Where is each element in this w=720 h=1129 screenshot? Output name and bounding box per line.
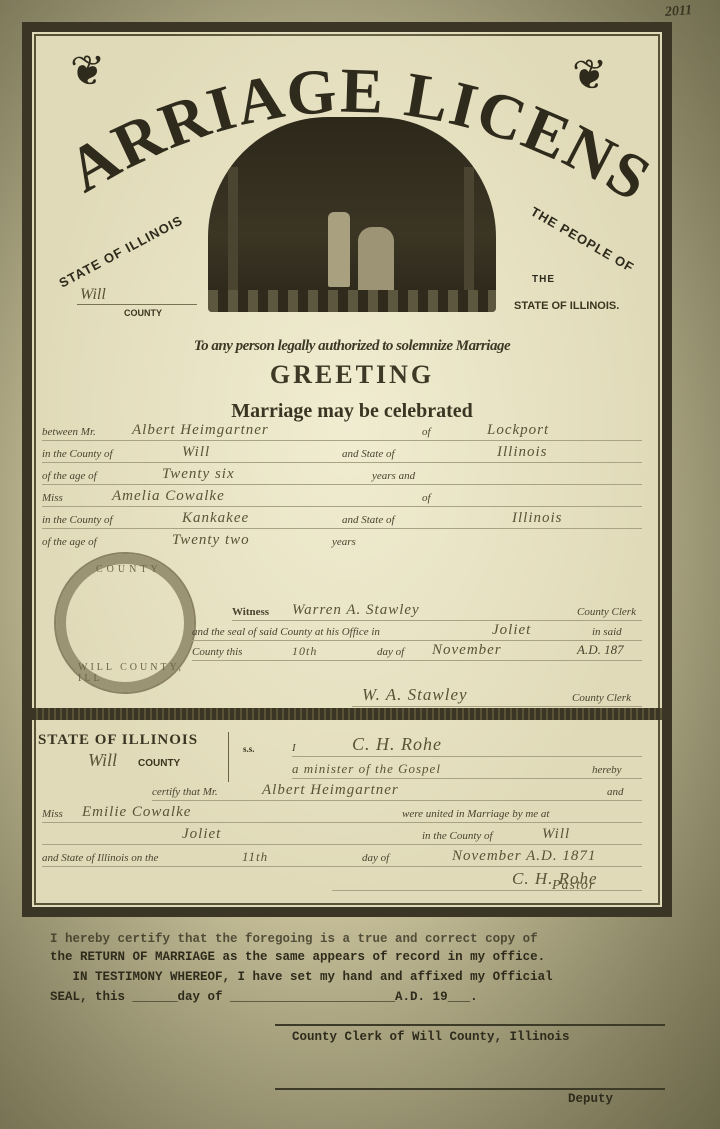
bride-county: Kankakee [182, 510, 249, 527]
section-separator [32, 708, 662, 720]
certificate-state-box: STATE OF ILLINOIS Will COUNTY s.s. [38, 732, 198, 749]
attestation-line-3: IN TESTIMONY WHEREOF, I have set my hand… [50, 970, 553, 984]
certificate-signature-row: C. H. Rohe [332, 868, 642, 891]
groom-residence: Lockport [487, 422, 549, 439]
header-county-handwritten: Will [80, 286, 106, 304]
deputy-signature-line [275, 1088, 665, 1090]
office-city: Joliet [492, 622, 531, 639]
clerk-signature-row: W. A. Stawley County Clerk [352, 684, 642, 707]
certificate-groom: Albert Heimgartner [262, 782, 399, 799]
bride-name: Amelia Cowalke [112, 488, 225, 505]
license-year: A.D. 187 [577, 642, 624, 658]
clerk-name: Warren A. Stawley [292, 602, 420, 619]
certificate-day: 11th [242, 849, 268, 865]
county-line [77, 304, 197, 305]
certificate-place: Joliet [182, 826, 221, 843]
county-seal: COUNTY WILL COUNTY, ILL [54, 552, 196, 694]
attestation-deputy: Deputy [568, 1092, 613, 1106]
header-county-label: COUNTY [124, 308, 162, 318]
groom-name: Albert Heimgartner [132, 422, 269, 439]
witness-row: County this 10th day of November A.D. 18… [192, 638, 642, 661]
clerk-signature: W. A. Stawley [362, 685, 468, 705]
attestation-line-2: the RETURN OF MARRIAGE as the same appea… [50, 950, 545, 964]
brace-divider [228, 732, 229, 782]
license-row: in the County of Will and State of Illin… [42, 440, 642, 463]
attestation-clerk-title: County Clerk of Will County, Illinois [292, 1030, 570, 1044]
license-day: 10th [292, 644, 317, 659]
attestation-line-4: SEAL, this ______day of ________________… [50, 990, 478, 1004]
header-state-label: STATE OF ILLINOIS. [514, 300, 619, 312]
attestation-line-1: I hereby certify that the foregoing is a… [50, 932, 538, 946]
certificate-row: a minister of the Gospel hereby [292, 756, 642, 779]
groom-state: Illinois [497, 444, 548, 461]
certificate-county: Will [542, 826, 570, 843]
greeting-heading: GREETING [222, 360, 482, 390]
officiant-role: a minister of the Gospel [292, 761, 441, 777]
ribbon-the: THE [532, 274, 555, 285]
to-any-person-heading: To any person legally authorized to sole… [82, 338, 622, 355]
officiant-name: C. H. Rohe [352, 734, 442, 755]
bride-state: Illinois [512, 510, 563, 527]
certificate-bride: Emilie Cowalke [82, 804, 191, 821]
certificate-row: and State of Illinois on the 11th day of… [42, 844, 642, 867]
clerk-signature-line [275, 1024, 665, 1026]
certificate-row: Miss Emilie Cowalke were united in Marri… [42, 800, 642, 823]
certificate-row: I C. H. Rohe [292, 734, 642, 757]
wedding-engraving [208, 117, 496, 312]
certificate-row: Joliet in the County of Will [42, 822, 642, 845]
certificate-month-year: November A.D. 1871 [452, 848, 596, 865]
bride-age: Twenty two [172, 532, 250, 549]
license-row: of the age of Twenty two years [42, 528, 642, 550]
license-row: Miss Amelia Cowalke of [42, 484, 642, 507]
groom-age: Twenty six [162, 466, 235, 483]
license-frame: ❦ ❦ MARRIAGE LICENSE STATE OF ILLINOIS T… [22, 22, 672, 917]
officiant-title: Pastor [552, 878, 595, 906]
groom-county: Will [182, 444, 210, 461]
license-row: in the County of Kankakee and State of I… [42, 506, 642, 529]
license-row: of the age of Twenty six years and [42, 462, 642, 485]
certificate-row: certify that Mr. Albert Heimgartner and [152, 778, 642, 801]
license-month: November [432, 642, 502, 659]
license-row: between Mr. Albert Heimgartner of Lockpo… [42, 418, 642, 441]
document-number: 2011 [664, 3, 692, 21]
